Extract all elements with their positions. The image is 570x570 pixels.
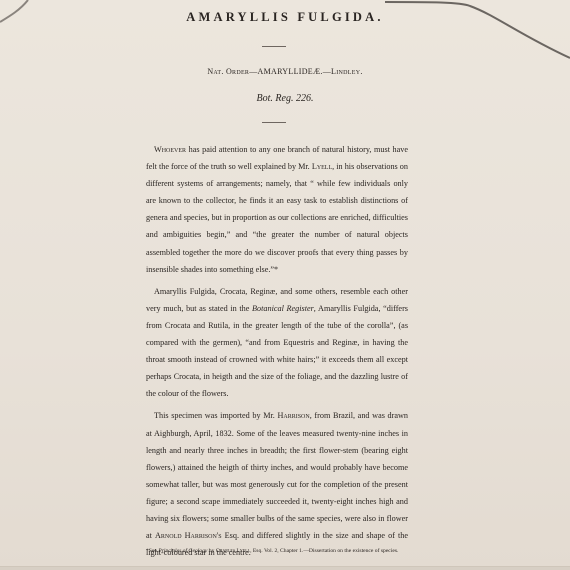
footnote-book-title: Principles of Geology (158, 548, 207, 554)
page-bottom-edge (0, 566, 570, 570)
footnote: *See Principles of Geology by Charles Ly… (146, 548, 476, 554)
paragraph-2: Amaryllis Fulgida, Crocata, Reginæ, and … (146, 283, 408, 403)
footnote-text: , Esq. Vol. 2, Chapter 1.—Dissertation o… (250, 548, 398, 554)
paragraph-text: , Amaryllis Fulgida, “differs from Croca… (146, 304, 408, 398)
author-name: Lyell (312, 162, 332, 171)
page-title: AMARYLLIS FULGIDA. (0, 10, 570, 25)
title-divider (262, 46, 286, 47)
botanical-register-reference: Bot. Reg. 226. (0, 93, 570, 104)
nat-order-prefix: Nat. Order (207, 67, 249, 76)
document-page: AMARYLLIS FULGIDA. Nat. Order—AMARYLLIDE… (0, 0, 570, 570)
natural-order-line: Nat. Order—AMARYLLIDEÆ.—Lindley. (0, 67, 570, 76)
paragraph-text: , in his observations on different syste… (146, 162, 408, 274)
body-text: Whoever has paid attention to any one br… (146, 141, 408, 566)
publication-title: Botanical Register (252, 304, 314, 313)
nat-order-authority: Lindley. (331, 67, 363, 76)
header-divider (262, 122, 286, 123)
footnote-author: Charles Lyell (216, 548, 250, 554)
person-name: Arnold Harrison's (155, 531, 222, 540)
paragraph-text: This specimen was imported by Mr. (154, 411, 277, 420)
paragraph-text: , from Brazil, and was drawn at Aighburg… (146, 411, 408, 540)
nat-order-name: AMARYLLIDEÆ. (258, 67, 323, 76)
lead-word: Whoever (154, 145, 186, 154)
footnote-text: by (207, 548, 215, 554)
paragraph-3: This specimen was imported by Mr. Harris… (146, 407, 408, 561)
person-name: Harrison (277, 411, 309, 420)
paragraph-1: Whoever has paid attention to any one br… (146, 141, 408, 278)
footnote-text: *See (146, 548, 158, 554)
